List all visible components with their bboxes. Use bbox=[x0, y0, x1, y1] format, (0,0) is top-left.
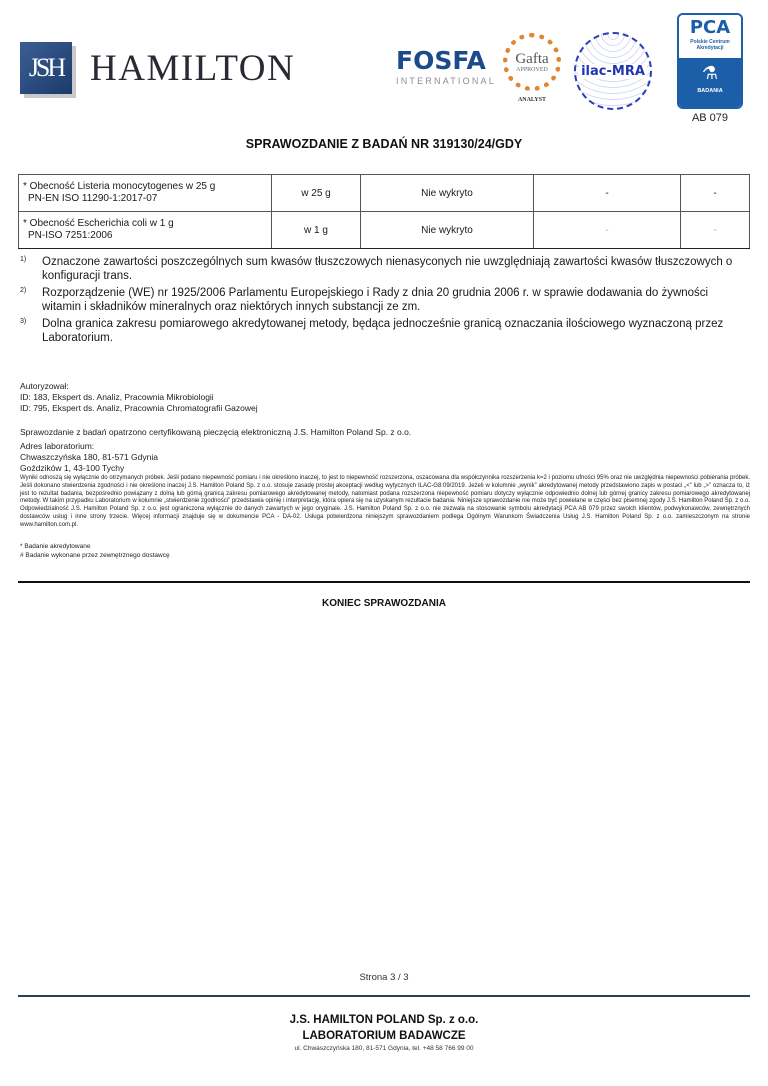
method-name: PN-EN ISO 11290-1:2017-07 bbox=[23, 193, 267, 205]
footnotes: 1) Oznaczone zawartości poszczególnych s… bbox=[20, 255, 750, 348]
footnote: 3) Dolna granica zakresu pomiarowego akr… bbox=[20, 317, 750, 345]
jsh-monogram-icon: JSH bbox=[20, 42, 72, 94]
legend-marks: * Badanie akredytowane # Badanie wykonan… bbox=[20, 542, 170, 560]
footnote-text: Dolna granica zakresu pomiarowego akredy… bbox=[42, 317, 750, 345]
parameter-name: * Obecność Escherichia coli w 1 g bbox=[23, 218, 267, 230]
footer-address: ul. Chwaszczyńska 180, 81-571 Gdynia, te… bbox=[0, 1045, 768, 1052]
page-number: Strona 3 / 3 bbox=[0, 972, 768, 983]
col5-cell: - bbox=[681, 175, 750, 212]
pca-logo: PCA Polskie Centrum Akredytacji ⚗ BADANI… bbox=[677, 13, 743, 109]
footnote-number: 2) bbox=[20, 286, 42, 314]
report-title: SPRAWOZDANIE Z BADAŃ NR 319130/24/GDY bbox=[0, 137, 768, 151]
footer-lab: LABORATORIUM BADAWCZE bbox=[0, 1030, 768, 1042]
lab-address-label: Adres laboratorium: bbox=[20, 441, 158, 452]
pca-title: PCA bbox=[679, 15, 741, 39]
footnote-number: 3) bbox=[20, 317, 42, 345]
table-row: * Obecność Listeria monocytogenes w 25 g… bbox=[19, 175, 750, 212]
parameter-cell: * Obecność Listeria monocytogenes w 25 g… bbox=[19, 175, 272, 212]
lab-address-line: Goździków 1, 43-100 Tychy bbox=[20, 463, 158, 474]
fosfa-logo: FOSFA INTERNATIONAL bbox=[396, 48, 496, 86]
gafta-title: Gafta bbox=[515, 52, 548, 67]
lab-address: Adres laboratorium: Chwaszczyńska 180, 8… bbox=[20, 441, 158, 474]
footer-divider bbox=[18, 995, 750, 997]
gafta-analyst: ANALYST bbox=[503, 97, 561, 103]
col4-cell: - bbox=[534, 175, 681, 212]
company-name: HAMILTON bbox=[90, 47, 295, 90]
legend-external: # Badanie wykonane przez zewnętrznego do… bbox=[20, 551, 170, 560]
end-of-report: KONIEC SPRAWOZDANIA bbox=[0, 598, 768, 609]
pca-badania: BADANIA bbox=[679, 88, 741, 94]
fosfa-title: FOSFA bbox=[396, 48, 496, 74]
parameter-name: * Obecność Listeria monocytogenes w 25 g bbox=[23, 181, 267, 193]
footnote: 1) Oznaczone zawartości poszczególnych s… bbox=[20, 255, 750, 283]
lab-address-line: Chwaszczyńska 180, 81-571 Gdynia bbox=[20, 452, 158, 463]
legend-accredited: * Badanie akredytowane bbox=[20, 542, 170, 551]
seal-statement: Sprawozdanie z badań opatrzono certyfiko… bbox=[20, 427, 411, 437]
unit-cell: w 25 g bbox=[272, 175, 361, 212]
authorization: Autoryzował: ID: 183, Ekspert ds. Analiz… bbox=[20, 381, 258, 414]
legal-disclaimer: Wyniki odnoszą się wyłącznie do otrzyman… bbox=[20, 475, 750, 530]
result-cell: Nie wykryto bbox=[361, 212, 534, 249]
accreditation-number: AB 079 bbox=[677, 112, 743, 124]
authorization-label: Autoryzował: bbox=[20, 381, 258, 392]
method-name: PN-ISO 7251:2006 bbox=[23, 230, 267, 242]
col5-cell: - bbox=[681, 212, 750, 249]
footnote: 2) Rozporządzenie (WE) nr 1925/2006 Parl… bbox=[20, 286, 750, 314]
gafta-logo: Gafta APPROVED bbox=[503, 33, 561, 91]
col4-cell: - bbox=[534, 212, 681, 249]
pca-sub2: Akredytacji bbox=[679, 45, 741, 51]
ilac-text: ilac-MRA bbox=[579, 64, 647, 79]
gafta-approved: APPROVED bbox=[516, 67, 548, 73]
fosfa-subtitle: INTERNATIONAL bbox=[396, 76, 496, 86]
result-cell: Nie wykryto bbox=[361, 175, 534, 212]
ilac-mra-logo: ilac-MRA bbox=[574, 32, 652, 110]
parameter-cell: * Obecność Escherichia coli w 1 g PN-ISO… bbox=[19, 212, 272, 249]
footnote-text: Oznaczone zawartości poszczególnych sum … bbox=[42, 255, 750, 283]
results-table: * Obecność Listeria monocytogenes w 25 g… bbox=[18, 174, 750, 249]
authorizer: ID: 183, Ekspert ds. Analiz, Pracownia M… bbox=[20, 392, 258, 403]
divider bbox=[18, 581, 750, 583]
footer-company: J.S. HAMILTON POLAND Sp. z o.o. bbox=[0, 1014, 768, 1026]
table-row: * Obecność Escherichia coli w 1 g PN-ISO… bbox=[19, 212, 750, 249]
footnote-number: 1) bbox=[20, 255, 42, 283]
hamilton-logo: JSH HAMILTON bbox=[20, 42, 295, 94]
footnote-text: Rozporządzenie (WE) nr 1925/2006 Parlame… bbox=[42, 286, 750, 314]
flask-icon: ⚗ bbox=[679, 58, 741, 88]
authorizer: ID: 795, Ekspert ds. Analiz, Pracownia C… bbox=[20, 403, 258, 414]
unit-cell: w 1 g bbox=[272, 212, 361, 249]
